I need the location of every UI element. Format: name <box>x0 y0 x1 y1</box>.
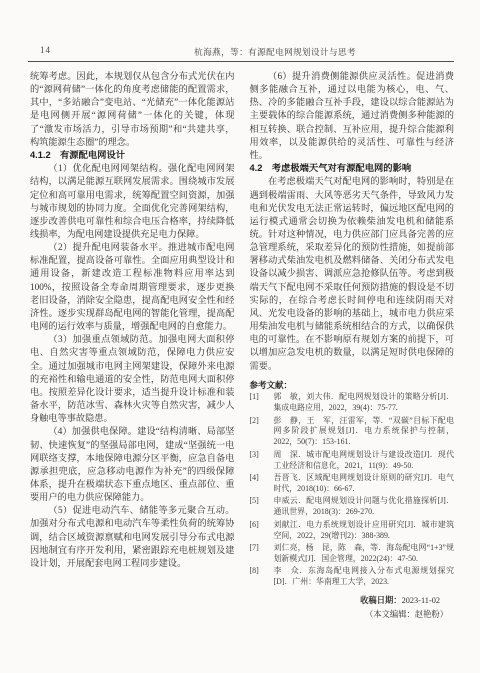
paragraph-continued: 统筹考虑。因此，本规划仅从包含分布式光伏在内的“源网荷储”一体化的角度考虑储能的… <box>30 70 235 149</box>
paragraph-point-2: （2）提升配电网装备水平。推进城市配电网标准配置，提高设备可靠性。全面应用典型设… <box>30 241 235 333</box>
section-heading-4-2: 4.2 考虑极端天气对有源配电网的影响 <box>250 162 455 175</box>
references-heading: 参考文献： <box>250 379 455 391</box>
paragraph-extreme-weather: 在考虑极端天气对配电网的影响时，特别是在遇到极端雷雨、大风等恶劣天气条件，导致风… <box>250 175 455 372</box>
reference-item-8: [8] 李 众．东海岛配电网接入分布式电源规划探究[D]．广州：华南理工大学，2… <box>250 566 455 588</box>
two-column-body: 统筹考虑。因此，本规划仅从包含分布式光伏在内的“源网荷储”一体化的角度考虑储能的… <box>30 70 454 621</box>
reference-label: [7] <box>250 543 267 565</box>
reference-label: [8] <box>250 566 267 588</box>
reference-text: 周 深．城市配电网规划设计与建设改造[J]．现代工业经济和信息化，2021，11… <box>267 450 455 472</box>
reference-item-1: [1] 郭 敏，刘大伟．配电网规划设计的策略分析[J]．集成电路应用，2022，… <box>250 392 455 414</box>
reference-item-4: [4] 吾晋飞．区域配电网规划设计原则的研究[J]．电气时代，2018(10)：… <box>250 473 455 495</box>
reference-item-3: [3] 周 深．城市配电网规划设计与建设改造[J]．现代工业经济和信息化，202… <box>250 450 455 472</box>
reference-label: [6] <box>250 520 267 542</box>
left-column: 统筹考虑。因此，本规划仅从包含分布式光伏在内的“源网荷储”一体化的角度考虑储能的… <box>30 70 235 621</box>
reference-text: 彭 静，王 军，汪雷军，等．“双碳”目标下配电网多阶段扩展规划[J]．电力系统保… <box>267 416 455 449</box>
reference-item-7: [7] 刘仁亮，杨 昆，陈 森，等．海岛配电网“1+3”规划新模式[J]．国企管… <box>250 543 455 565</box>
paper-page: 14 杭海燕，等：有源配电网规划设计与思考 统筹考虑。因此，本规划仅从包含分布式… <box>0 0 480 673</box>
paragraph-point-5: （5）促进电动汽车、储能等多元聚合互动。加强对分布式电源和电动汽车等柔性负荷的统… <box>30 504 235 570</box>
page-number: 14 <box>40 45 51 55</box>
reference-label: [3] <box>250 450 267 472</box>
editor-note: （本文编辑：赵艳粉） <box>250 609 455 621</box>
reference-label: [5] <box>250 496 267 518</box>
received-date-label: 收稿日期： <box>360 595 402 605</box>
paragraph-point-6: （6）提升消费侧能源供应灵活性。促进消费侧多能融合互补，通过以电能为核心，电、气… <box>250 70 455 162</box>
paragraph-point-4: （4）加强供电保障。建设“结构清晰、局部坚韧、快速恢复”的坚强局部电网，建成“坚… <box>30 425 235 504</box>
reference-text: 刘仁亮，杨 昆，陈 森，等．海岛配电网“1+3”规划新模式[J]．国企管理，20… <box>267 543 455 565</box>
right-column: （6）提升消费侧能源供应灵活性。促进消费侧多能融合互补，通过以电能为核心，电、气… <box>250 70 455 621</box>
reference-text: 申威云．配电网规划设计问题与优化措施探析[J]．通讯世界，2018(3)：269… <box>267 496 455 518</box>
reference-text: 吾晋飞．区域配电网规划设计原则的研究[J]．电气时代，2018(10)：66-6… <box>267 473 455 495</box>
reference-text: 刘献江．电力系统规划设计应用研究[J]．城市建筑空间，2022，29(增刊2)：… <box>267 520 455 542</box>
paragraph-point-3: （3）加强重点领域防范。加强电网大面积停电、自然灾害等重点领域防范，保障电力供应… <box>30 333 235 425</box>
paragraph-point-1: （1）优化配电网网架结构。强化配电网网架结构，以满足能源互联网发展需求。围绕城市… <box>30 162 235 241</box>
reference-item-6: [6] 刘献江．电力系统规划设计应用研究[J]．城市建筑空间，2022，29(增… <box>250 520 455 542</box>
reference-label: [1] <box>250 392 267 414</box>
reference-label: [4] <box>250 473 267 495</box>
reference-text: 郭 敏，刘大伟．配电网规划设计的策略分析[J]．集成电路应用，2022，39(4… <box>267 392 455 414</box>
running-title: 杭海燕，等：有源配电网规划设计与思考 <box>194 46 356 58</box>
received-date-value: 2023-11-02 <box>402 596 440 605</box>
received-date-line: 收稿日期：2023-11-02 <box>250 594 455 607</box>
reference-item-2: [2] 彭 静，王 军，汪雷军，等．“双碳”目标下配电网多阶段扩展规划[J]．电… <box>250 416 455 449</box>
page-header: 14 杭海燕，等：有源配电网规划设计与思考 <box>28 42 454 62</box>
reference-item-5: [5] 申威云．配电网规划设计问题与优化措施探析[J]．通讯世界，2018(3)… <box>250 496 455 518</box>
section-heading-4-1-2: 4.1.2 有源配电网设计 <box>30 149 235 162</box>
reference-label: [2] <box>250 416 267 449</box>
reference-text: 李 众．东海岛配电网接入分布式电源规划探究[D]．广州：华南理工大学，2023. <box>267 566 455 588</box>
